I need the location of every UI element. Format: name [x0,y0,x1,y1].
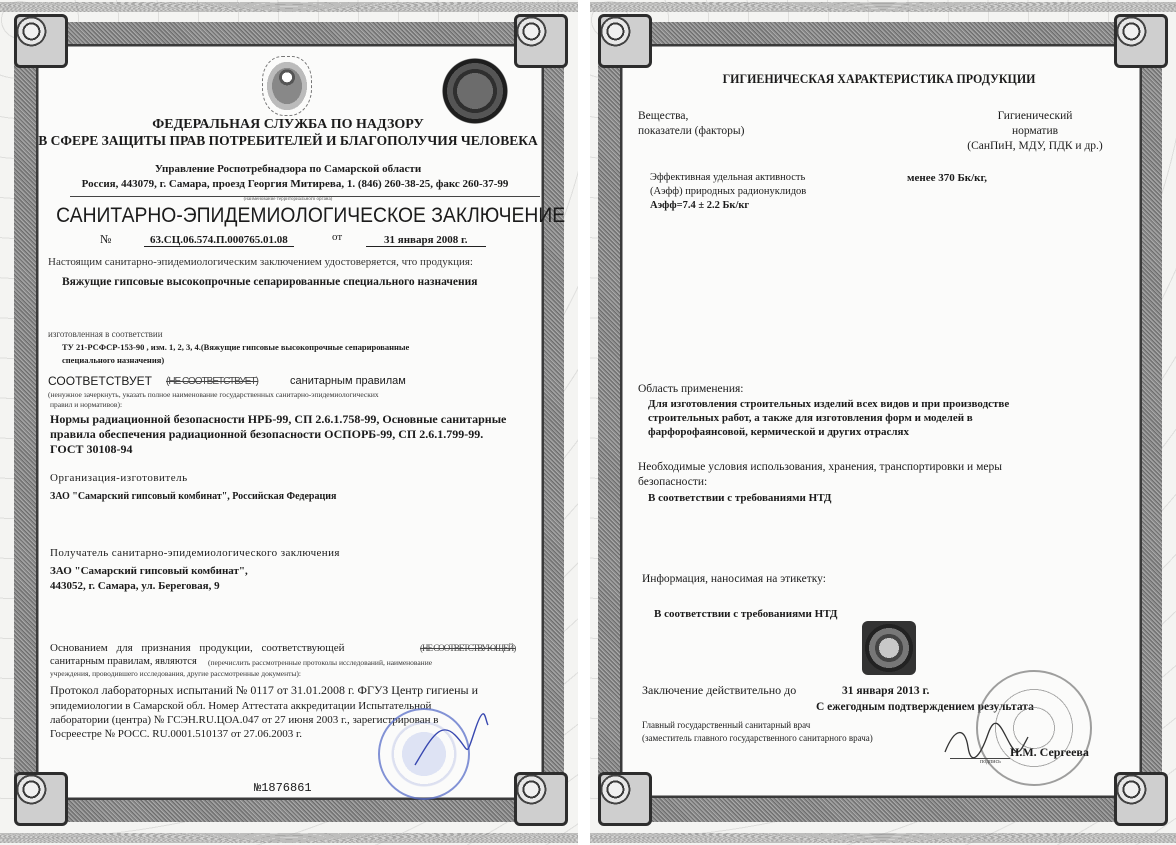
corner-ornament-icon [14,14,68,68]
corner-ornament-icon [14,772,68,826]
decorative-wave-top [590,2,1176,12]
certificate-number: 63.СЦ.06.574.П.000765.01.08 [144,234,294,247]
column-substances-line1: Вещества, [638,110,688,122]
protocol-line3: лаборатории (центра) № ГСЭН.RU.ЦОА.047 о… [50,714,438,726]
hologram-seal-icon [862,621,916,675]
basis-struck: (НЕ СООТВЕТСТВУЮЩЕЙ) [420,643,515,653]
regional-office: Управление Роспотребнадзора по Самарской… [36,163,540,175]
scope-line3: фарфорофаянсовой, кермической и других о… [648,426,909,438]
complies-label: СООТВЕТСТВУЕТ [48,374,152,388]
certify-text: Настоящим санитарно-эпидемиологическим з… [48,256,473,268]
date-label: от [332,231,342,243]
scope-line2: строительных работ, а также для изготовл… [648,412,973,424]
corner-ornament-icon [598,14,652,68]
complies-note-line1: (ненужное зачеркнуть, указать полное наи… [48,390,379,399]
section-title: ГИГИЕНИЧЕСКАЯ ХАРАКТЕРИСТИКА ПРОДУКЦИИ [641,71,1118,87]
valid-until-value: 31 января 2013 г. [842,685,929,697]
basis-line1: Основанием для признания продукции, соот… [50,642,345,654]
protocol-line1: Протокол лабораторных испытаний № 0117 о… [50,683,478,698]
spec-line-2: специального назначения) [62,355,164,365]
basis-note-line2: учреждения, проводившего исследования, д… [50,669,301,678]
chief-doctor-line2: (заместитель главного государственного с… [642,733,873,743]
label-info-value: В соответствии с требованиями НТД [654,608,837,620]
substance-line3: Аэфф=7.4 ± 2.2 Бк/кг [650,200,749,211]
basis-note-line1: (перечислить рассмотренные протоколы исс… [208,658,432,667]
norms-line1: Нормы радиационной безопасности НРБ-99, … [50,412,506,427]
spec-line-1: ТУ 21-РСФСР-153-90 , изм. 1, 2, 3, 4.(Вя… [62,342,409,352]
basis-line2: санитарным правилам, являются [50,656,197,667]
corner-ornament-icon [598,772,652,826]
manufactured-label: изготовленная в соответствии [48,329,163,339]
office-address: Россия, 443079, г. Самара, проезд Георги… [50,178,540,190]
signature-icon [410,710,490,770]
russian-coat-of-arms-icon [262,56,312,116]
recipient-label: Получатель санитарно-эпидемиологического… [50,547,340,559]
column-norm-line3: (СанПиН, МДУ, ПДК и др.) [930,140,1140,152]
protocol-line2: эпидемиологии в Самарской обл. Номер Атт… [50,700,431,712]
conditions-label-line2: безопасности: [638,476,707,488]
signatory-name: Н.М. Сергеева [1010,745,1089,760]
recipient-line2: 443052, г. Самара, ул. Береговая, 9 [50,580,220,592]
corner-ornament-icon [514,14,568,68]
certificate-page-left: ФЕДЕРАЛЬНАЯ СЛУЖБА ПО НАДЗОРУ В СФЕРЕ ЗА… [0,0,578,845]
number-label: № [100,232,111,247]
complies-struck: (НЕ СООТВЕТСТВУЕТ) [166,376,258,387]
document-title: САНИТАРНО-ЭПИДЕМИОЛОГИЧЕСКОЕ ЗАКЛЮЧЕНИЕ [56,204,520,228]
corner-ornament-icon [514,772,568,826]
agency-title-line2: В СФЕРЕ ЗАЩИТЫ ПРАВ ПОТРЕБИТЕЛЕЙ И БЛАГО… [36,133,540,149]
decorative-wave-bottom [590,833,1176,843]
decorative-wave-bottom [0,833,578,843]
conditions-label-line1: Необходимые условия использования, хране… [638,461,1002,473]
corner-ornament-icon [1114,772,1168,826]
complies-suffix: санитарным правилам [290,375,406,387]
column-substances-line2: показатели (факторы) [638,125,744,137]
manufacturer-label: Организация-изготовитель [50,472,188,484]
protocol-line4: Госреестре № РОСС. RU.0001.510137 от 27.… [50,728,302,740]
certificate-page-right: ГИГИЕНИЧЕСКАЯ ХАРАКТЕРИСТИКА ПРОДУКЦИИ В… [590,0,1176,845]
substance-line1: Эффективная удельная активность [650,172,805,183]
column-norm-line1: Гигиенический [930,110,1140,122]
scope-label: Область применения: [638,383,743,395]
decorative-wave-top [0,2,578,12]
page-gap [578,0,590,845]
manufacturer-value: ЗАО "Самарский гипсовый комбинат", Росси… [50,491,336,502]
product-name: Вяжущие гипсовые высокопрочные сепариров… [62,276,477,288]
valid-until-label: Заключение действительно до [642,683,796,698]
scope-line1: Для изготовления строительных изделий вс… [648,398,1009,410]
recipient-line1: ЗАО "Самарский гипсовый комбинат", [50,565,248,577]
issue-date: 31 января 2008 г. [366,234,486,247]
norm-value: менее 370 Бк/кг, [907,172,987,184]
agency-seal-icon [442,58,508,124]
norms-line3: ГОСТ 30108-94 [50,442,132,457]
agency-title-line1: ФЕДЕРАЛЬНАЯ СЛУЖБА ПО НАДЗОРУ [36,117,540,133]
substance-line2: (Аэфф) природных радионуклидов [650,186,806,197]
chief-doctor-line1: Главный государственный санитарный врач [642,720,810,730]
complies-note-line2: правил и нормативов): [50,400,122,409]
norms-line2: правила обеспечения радиационной безопас… [50,427,483,442]
serial-number: №1876861 [254,781,312,795]
territorial-note: (наименование территориального органа) [36,197,540,202]
corner-ornament-icon [1114,14,1168,68]
signature-note: подпись [980,759,1001,765]
column-norm-line2: норматив [930,125,1140,137]
conditions-value: В соответствии с требованиями НТД [648,492,831,504]
label-info-label: Информация, наносимая на этикетку: [642,573,826,585]
